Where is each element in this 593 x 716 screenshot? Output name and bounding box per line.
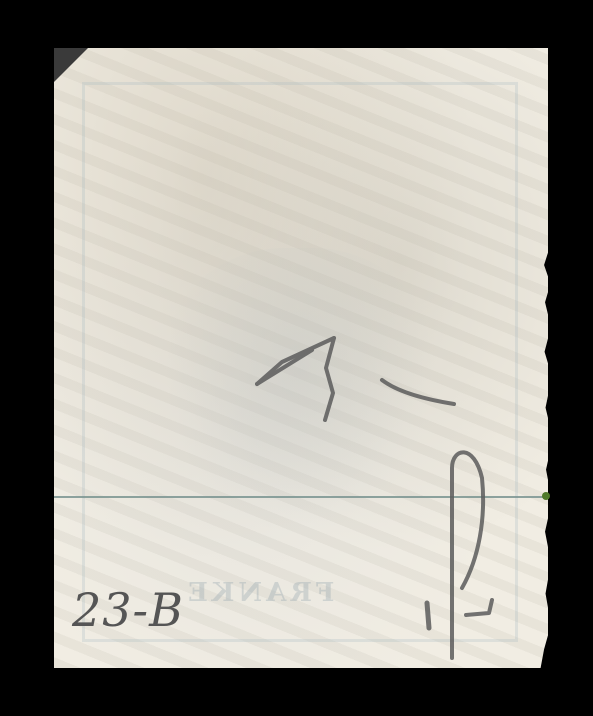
show-through-text: FRANKE xyxy=(184,578,334,608)
pencil-catalog-note: 23-B xyxy=(72,583,184,637)
stamp-back: FRANKE 23-B 45- P xyxy=(54,48,548,668)
green-guide-line xyxy=(54,496,548,498)
green-guide-dot xyxy=(542,492,550,500)
photo-scene: FRANKE 23-B 45- P xyxy=(0,0,593,716)
corner-hinge-mark xyxy=(54,48,88,82)
show-through-figure xyxy=(154,248,444,548)
